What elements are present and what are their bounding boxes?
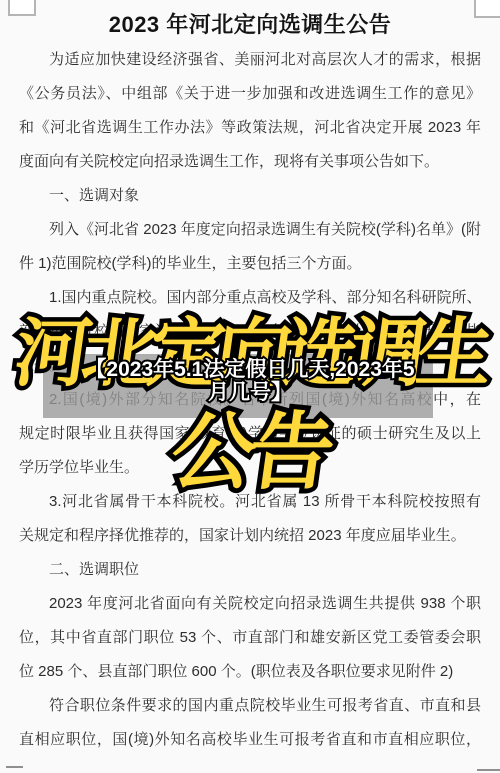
announcement-page: 2023 年河北定向选调生公告 为适应加快建设经济强省、美丽河北对高层次人才的需… <box>0 0 500 773</box>
document-line: 位 285 个、县直部门职位 600 个。(职位表及各职位要求见附件 2) <box>19 655 481 689</box>
page-edge-mark <box>477 769 500 771</box>
caption-line1: 【2023年5.1法定假日几天,2023年5 <box>0 358 500 381</box>
document-line: 位，其中省直部门职位 53 个、市直部门和雄安新区党工委管委会职 <box>19 621 481 655</box>
document-title: 2023 年河北定向选调生公告 <box>0 8 500 39</box>
headline-line2: 公告 <box>0 410 500 494</box>
document-line: 一、选调对象 <box>19 179 481 213</box>
document-line: 关规定和程序择优推荐的，国家计划内统招 2023 年度应届毕业生。 <box>19 519 481 553</box>
document-line: 1.国内重点院校。国内部分重点高校及学科、部分知名科研院所、 <box>19 281 481 315</box>
document-line: 二、选调职位 <box>19 553 481 587</box>
document-line: 件 1)范围院校(学科)的毕业生，主要包括三个方面。 <box>19 247 481 281</box>
document-line: 列入《河北省 2023 年度定向招录选调生有关院校(学科)名单》(附 <box>19 213 481 247</box>
caption-line2: 月几号】 <box>0 381 500 404</box>
document-line: 和《河北省选调生工作办法》等政策法规，河北省决定开展 2023 年 <box>19 111 481 145</box>
document-line: 《公务员法》、中组部《关于进一步加强和改进选调生工作的意见》 <box>19 77 481 111</box>
caption-text: 【2023年5.1法定假日几天,2023年5 月几号】 <box>0 358 500 404</box>
document-line: 度面向有关院校定向招录选调生工作，现将有关事项公告如下。 <box>19 145 481 179</box>
document-line: 符合职位条件要求的国内重点院校毕业生可报考省直、市直和县 <box>19 689 481 723</box>
document-line: 为适应加快建设经济强省、美丽河北对高层次人才的需求，根据 <box>19 43 481 77</box>
document-line: 2023 年度河北省面向有关院校定向招录选调生共提供 938 个职 <box>19 587 481 621</box>
document-line: 直相应职位，国(境)外知名高校毕业生可报考省直和市直相应职位， <box>19 723 481 757</box>
page-edge-mark <box>6 766 23 768</box>
